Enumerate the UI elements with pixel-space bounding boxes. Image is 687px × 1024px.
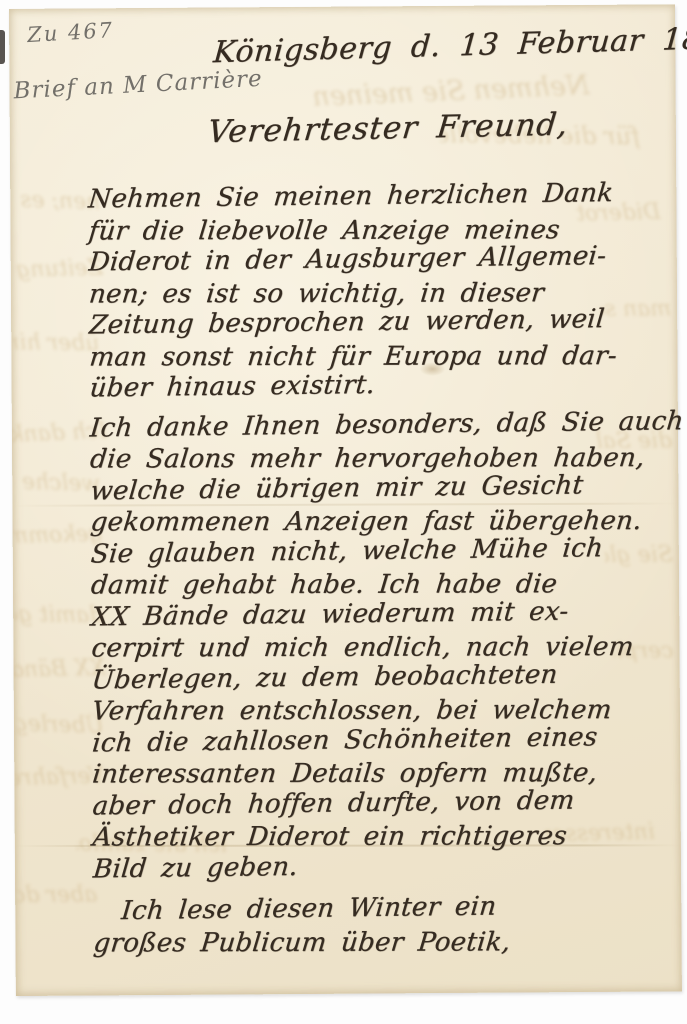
letter-page: Nehmen Sie meinen herzlichen Dankfür die… (9, 4, 682, 996)
letter-line: welche die übrigen mir zu Gesicht (89, 469, 664, 508)
letter-line: Diderot in der Augsburger Allgemei- (87, 240, 662, 279)
salutation: Verehrtester Freund, (206, 107, 570, 151)
letter-line: ich die zahllosen Schönheiten eines (91, 721, 666, 760)
scan-background: Nehmen Sie meinen herzlichen Dankfür die… (0, 0, 687, 1024)
paragraph-1: Nehmen Sie meinen herzlichen Dankfür die… (88, 180, 662, 404)
letter-line: Überlegen, zu dem beobachteten (90, 658, 665, 697)
letter-body: Nehmen Sie meinen herzlichen Dankfür die… (88, 180, 665, 959)
archival-number-note: Zu 467 (27, 18, 115, 47)
paragraph-3: Ich lese diesen Winter eingroßes Publicu… (93, 892, 665, 959)
ghost-line: aber doch hoffen durfte, von dem (17, 882, 97, 908)
letter-line: Ich danke Ihnen besonders, daß Sie auch (88, 406, 663, 445)
letter-line: Sie glauben nicht, welche Mühe ich (89, 532, 664, 571)
scanner-edge-mark (0, 30, 5, 64)
letter-line: Ich lese diesen Winter ein (92, 889, 667, 928)
letter-line: XX Bände dazu wiederum mit ex- (90, 595, 665, 634)
paragraph-2: Ich danke Ihnen besonders, daß Sie auchd… (90, 409, 665, 885)
letter-line: aber doch hoffen durfte, von dem (91, 784, 666, 823)
letter-line: über hinaus existirt. (88, 366, 663, 405)
letter-line: Nehmen Sie meinen herzlichen Dank (87, 177, 662, 216)
letter-line: großes Publicum über Poetik, (92, 926, 667, 959)
letter-line: Bild zu geben. (92, 847, 667, 886)
ghost-line: über hinaus existirt. (13, 330, 99, 356)
letter-line: Zeitung besprochen zu werden, weil (88, 303, 663, 342)
